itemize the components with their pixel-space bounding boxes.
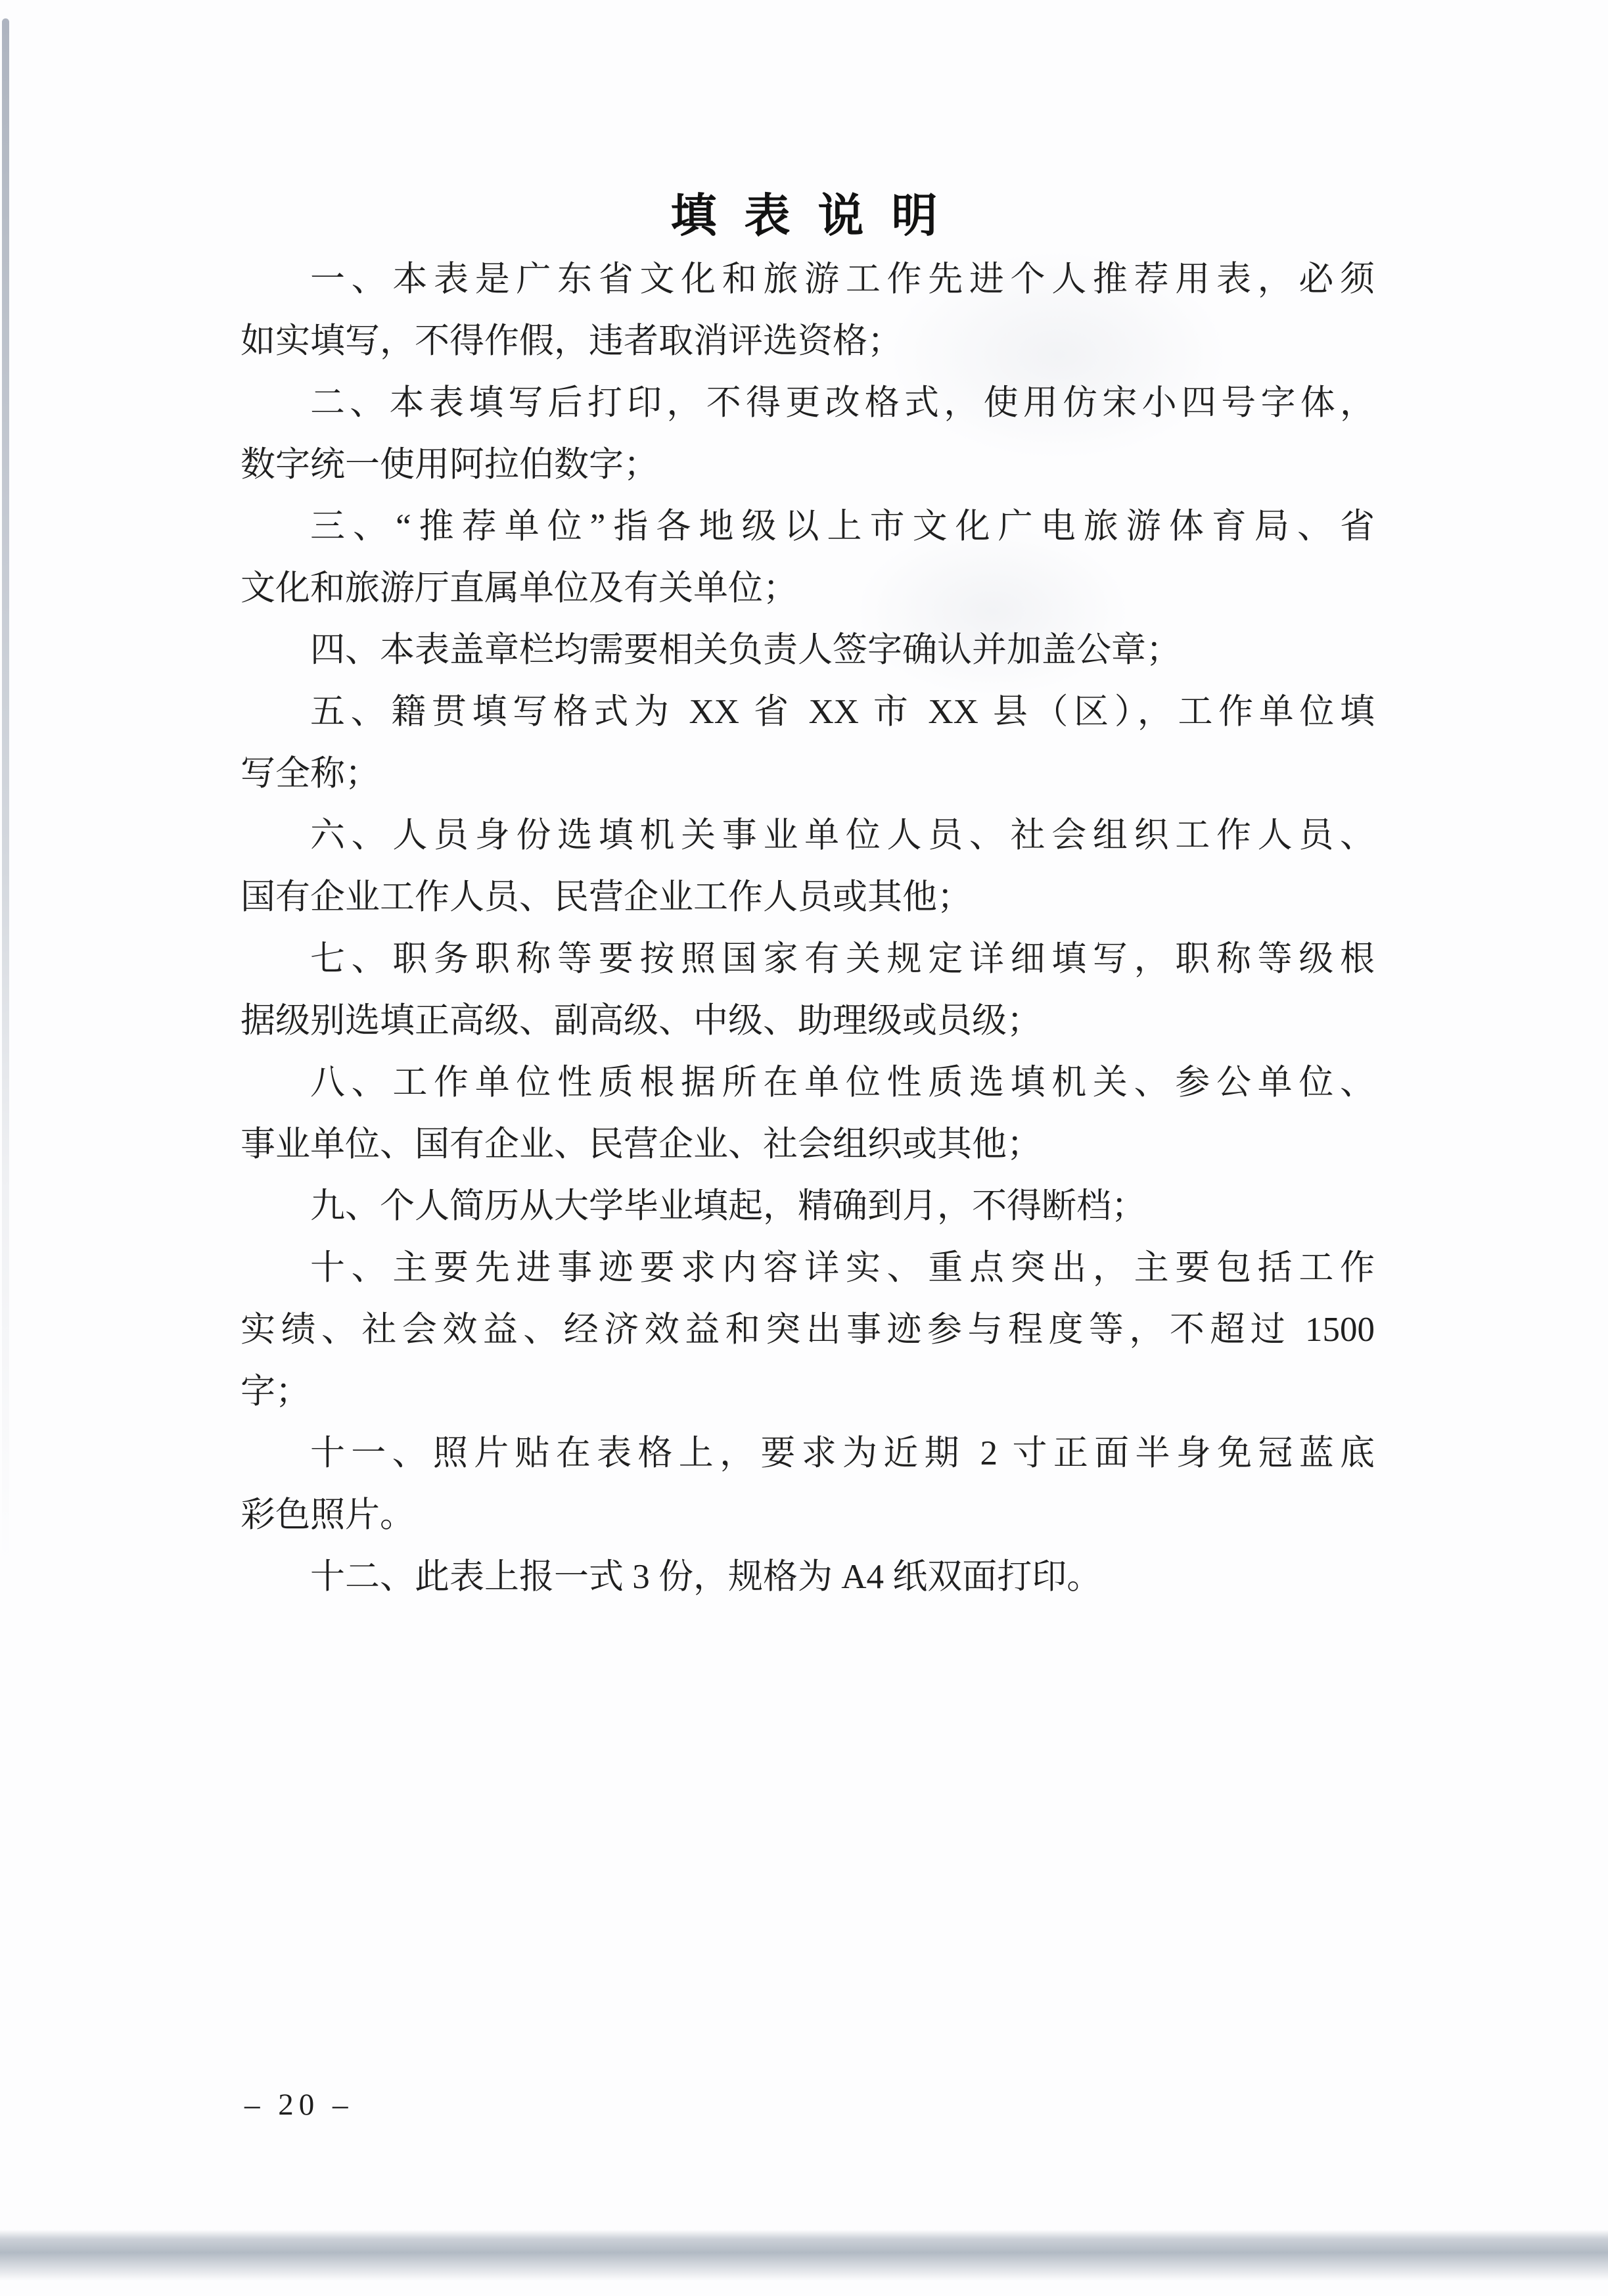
instruction-line: 五、籍贯填写格式为 XX 省 XX 市 XX 县（区），工作单位填: [241, 681, 1375, 743]
instruction-line: 数字统一使用阿拉伯数字；: [241, 434, 1375, 496]
instruction-line: 八、工作单位性质根据所在单位性质选填机关、参公单位、: [241, 1052, 1375, 1113]
instruction-line: 国有企业工作人员、民营企业工作人员或其他；: [241, 866, 1375, 928]
instruction-line: 写全称；: [241, 743, 1375, 805]
instruction-line: 彩色照片。: [241, 1484, 1375, 1546]
instruction-line: 九、个人简历从大学毕业填起，精确到月，不得断档；: [241, 1175, 1375, 1237]
document-page: 填表说明 一、本表是广东省文化和旅游工作先进个人推荐用表，必须 如实填写，不得作…: [0, 0, 1608, 2296]
instruction-line: 一、本表是广东省文化和旅游工作先进个人推荐用表，必须: [241, 248, 1375, 310]
instruction-line: 据级别选填正高级、副高级、中级、助理级或员级；: [241, 990, 1375, 1052]
instruction-line: 六、人员身份选填机关事业单位人员、社会组织工作人员、: [241, 805, 1375, 866]
instruction-line: 三、“推荐单位”指各地级以上市文化广电旅游体育局、省: [241, 496, 1375, 557]
instruction-line: 十一、照片贴在表格上，要求为近期 2 寸正面半身免冠蓝底: [241, 1422, 1375, 1484]
instruction-line: 事业单位、国有企业、民营企业、社会组织或其他；: [241, 1113, 1375, 1175]
instruction-line: 七、职务职称等要按照国家有关规定详细填写，职称等级根: [241, 928, 1375, 990]
bottom-scan-edge-shadow: [0, 2230, 1608, 2281]
page-number: – 20 –: [244, 2085, 354, 2124]
left-scan-edge-shadow: [2, 18, 9, 1563]
page-title: 填表说明: [0, 184, 1608, 250]
instruction-line: 实绩、社会效益、经济效益和突出事迹参与程度等，不超过 1500: [241, 1299, 1375, 1361]
instruction-line: 十二、此表上报一式 3 份，规格为 A4 纸双面打印。: [241, 1546, 1375, 1608]
instruction-line: 四、本表盖章栏均需要相关负责人签字确认并加盖公章；: [241, 619, 1375, 681]
instructions-body: 一、本表是广东省文化和旅游工作先进个人推荐用表，必须 如实填写，不得作假，违者取…: [241, 248, 1375, 1608]
instruction-line: 文化和旅游厅直属单位及有关单位；: [241, 557, 1375, 619]
instruction-line: 二、本表填写后打印，不得更改格式，使用仿宋小四号字体，: [241, 372, 1375, 434]
instruction-line: 字；: [241, 1361, 1375, 1422]
instruction-line: 十、主要先进事迹要求内容详实、重点突出，主要包括工作: [241, 1237, 1375, 1299]
instruction-line: 如实填写，不得作假，违者取消评选资格；: [241, 310, 1375, 372]
